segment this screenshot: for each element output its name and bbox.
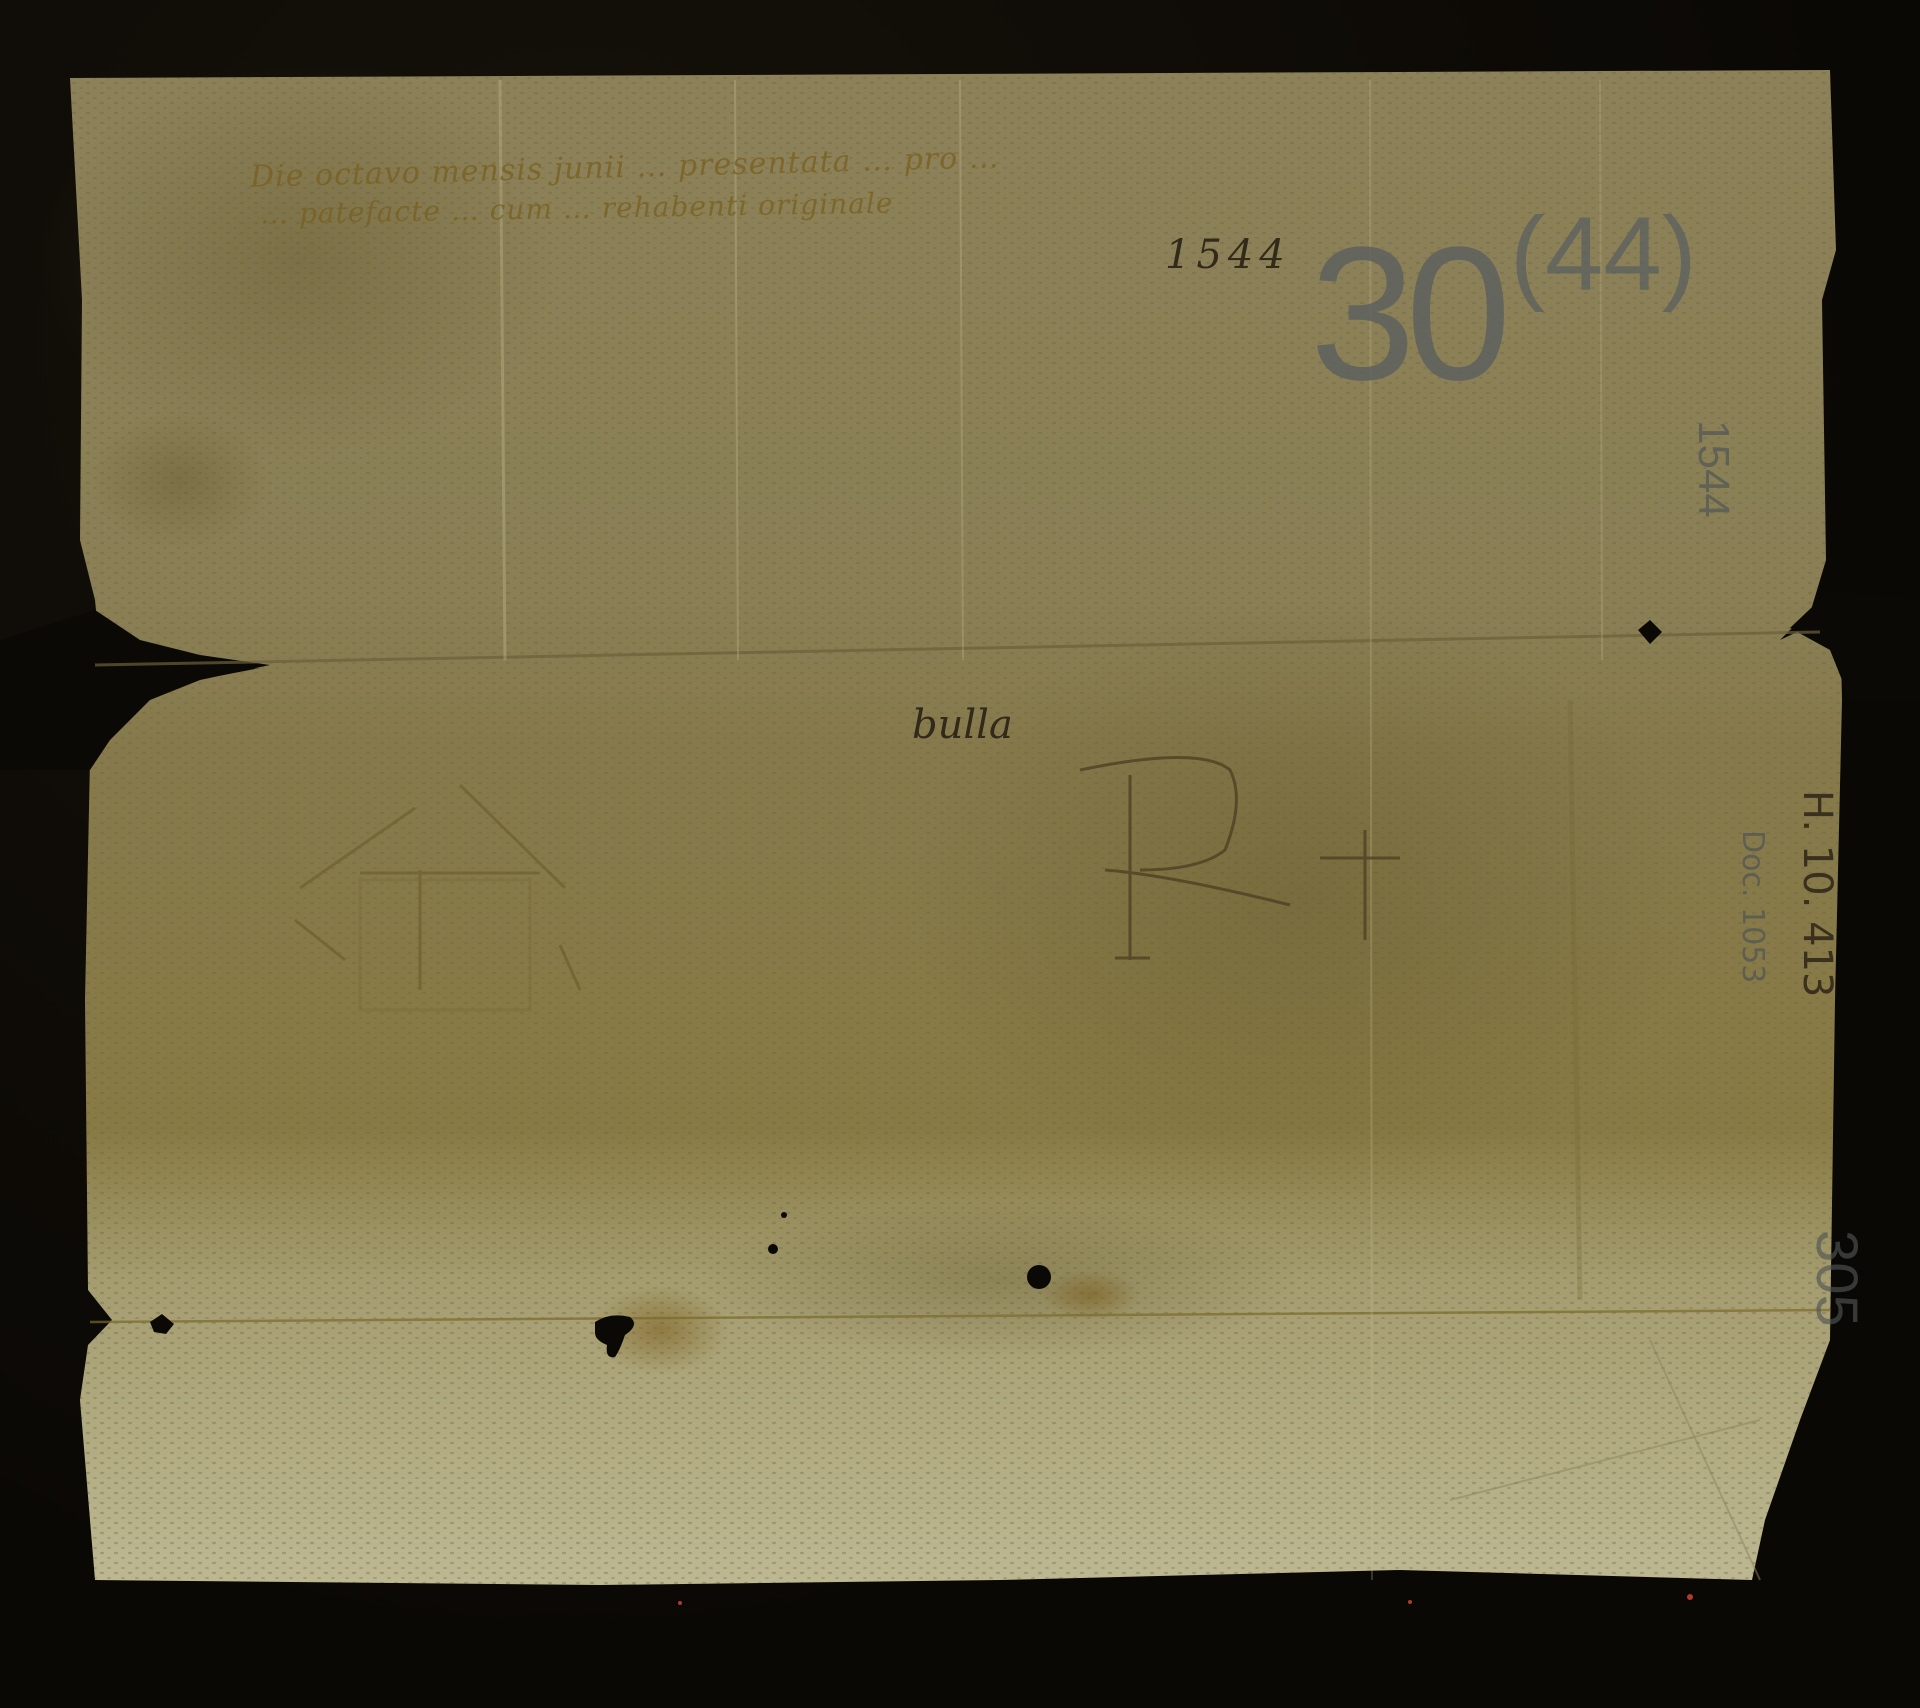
parchment-sheet bbox=[0, 0, 1920, 1708]
scan-canvas: Die octavo mensis junii … presentata … p… bbox=[0, 0, 1920, 1708]
hole bbox=[1027, 1265, 1051, 1289]
